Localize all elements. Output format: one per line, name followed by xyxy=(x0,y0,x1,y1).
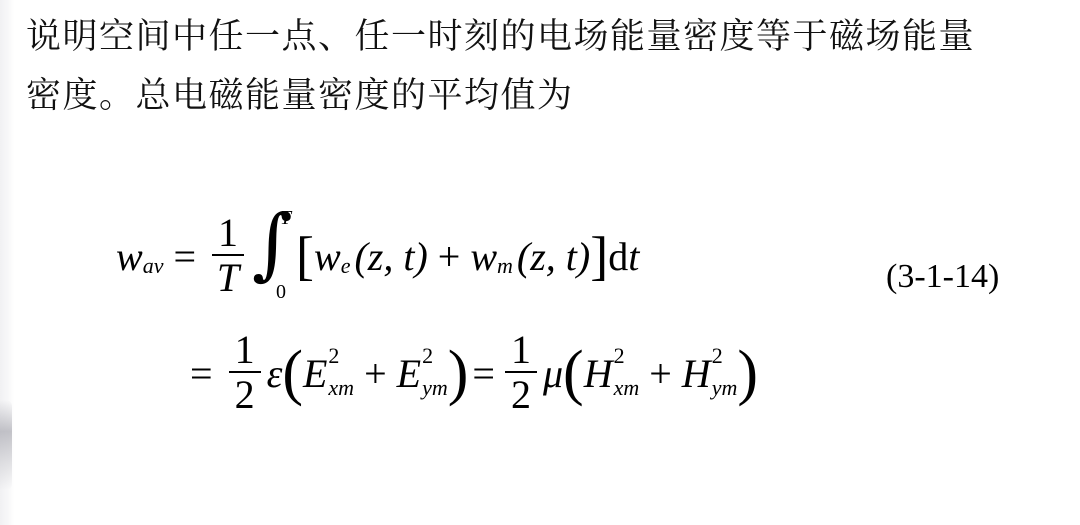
plus-sign: + xyxy=(649,350,672,397)
superscript-2: 2 xyxy=(614,345,640,367)
equation-line-2: = 1 2 ε ( E 2 xm + E 2 ym ) = 1 2 xyxy=(190,318,758,428)
subscript-ym: ym xyxy=(712,377,738,399)
right-paren: ) xyxy=(737,342,758,404)
left-bracket: [ xyxy=(296,229,314,283)
denominator: T xyxy=(217,256,239,300)
plus-sign: + xyxy=(364,350,387,397)
superscript-2: 2 xyxy=(328,345,354,367)
left-paren: ( xyxy=(282,342,303,404)
equals-sign: = xyxy=(472,350,495,397)
paragraph-line-2: 密度。总电磁能量密度的平均值为 xyxy=(26,79,574,114)
symbol-w-m: w xyxy=(470,233,497,280)
symbol-H: H xyxy=(682,350,711,397)
numerator: 1 xyxy=(511,329,531,371)
differential-var: t xyxy=(628,233,639,280)
symbol-mu: μ xyxy=(543,350,563,397)
denominator: 2 xyxy=(235,373,255,417)
right-bracket: ] xyxy=(590,229,608,283)
symbol-E: E xyxy=(397,350,421,397)
integral-upper-limit: T xyxy=(280,207,291,230)
integral: ∫ T 0 xyxy=(252,211,296,301)
equals-sign: = xyxy=(190,350,213,397)
page-edge-shadow xyxy=(0,400,12,490)
left-paren: ( xyxy=(563,342,584,404)
subscript-ym: ym xyxy=(422,377,448,399)
fraction-1-over-T: 1 T xyxy=(212,212,244,300)
term-E-ym: E 2 ym xyxy=(397,350,448,397)
subscript-xm: xm xyxy=(614,377,640,399)
paragraph-line-1: 说明空间中任一点、任一时刻的电场能量密度等于磁场能量 xyxy=(26,20,975,55)
fraction-1-over-2: 1 2 xyxy=(229,329,261,417)
right-paren: ) xyxy=(448,342,469,404)
symbol-H: H xyxy=(584,350,613,397)
args-z-t: (z, t) xyxy=(517,233,590,280)
term-H-xm: H 2 xm xyxy=(584,350,640,397)
sup-sub: 2 xm xyxy=(328,351,354,395)
subscript-xm: xm xyxy=(328,377,354,399)
differential-d: d xyxy=(608,233,628,280)
superscript-2: 2 xyxy=(712,345,738,367)
symbol-epsilon: ε xyxy=(267,350,283,397)
symbol-w: w xyxy=(116,233,143,280)
term-H-ym: H 2 ym xyxy=(682,350,738,397)
sup-sub: 2 ym xyxy=(422,351,448,395)
symbol-E: E xyxy=(303,350,327,397)
superscript-2: 2 xyxy=(422,345,448,367)
fraction-1-over-2: 1 2 xyxy=(505,329,537,417)
subscript-e: e xyxy=(341,253,351,279)
numerator: 1 xyxy=(235,329,255,371)
sup-sub: 2 ym xyxy=(712,351,738,395)
equals-sign: = xyxy=(173,233,196,280)
symbol-w-e: w xyxy=(314,233,341,280)
document-page: 说明空间中任一点、任一时刻的电场能量密度等于磁场能量 密度。总电磁能量密度的平均… xyxy=(0,0,1080,525)
numerator: 1 xyxy=(218,212,238,254)
plus-sign: + xyxy=(438,233,461,280)
term-E-xm: E 2 xm xyxy=(303,350,354,397)
denominator: 2 xyxy=(511,373,531,417)
args-z-t: (z, t) xyxy=(354,233,427,280)
sup-sub: 2 xm xyxy=(614,351,640,395)
equation-number: (3-1-14) xyxy=(886,258,999,296)
equation-line-1: w av = 1 T ∫ T 0 [ w e (z, t) + w m (z, … xyxy=(116,206,639,306)
integral-lower-limit: 0 xyxy=(276,281,286,304)
subscript-av: av xyxy=(143,253,164,279)
subscript-m: m xyxy=(497,253,513,279)
